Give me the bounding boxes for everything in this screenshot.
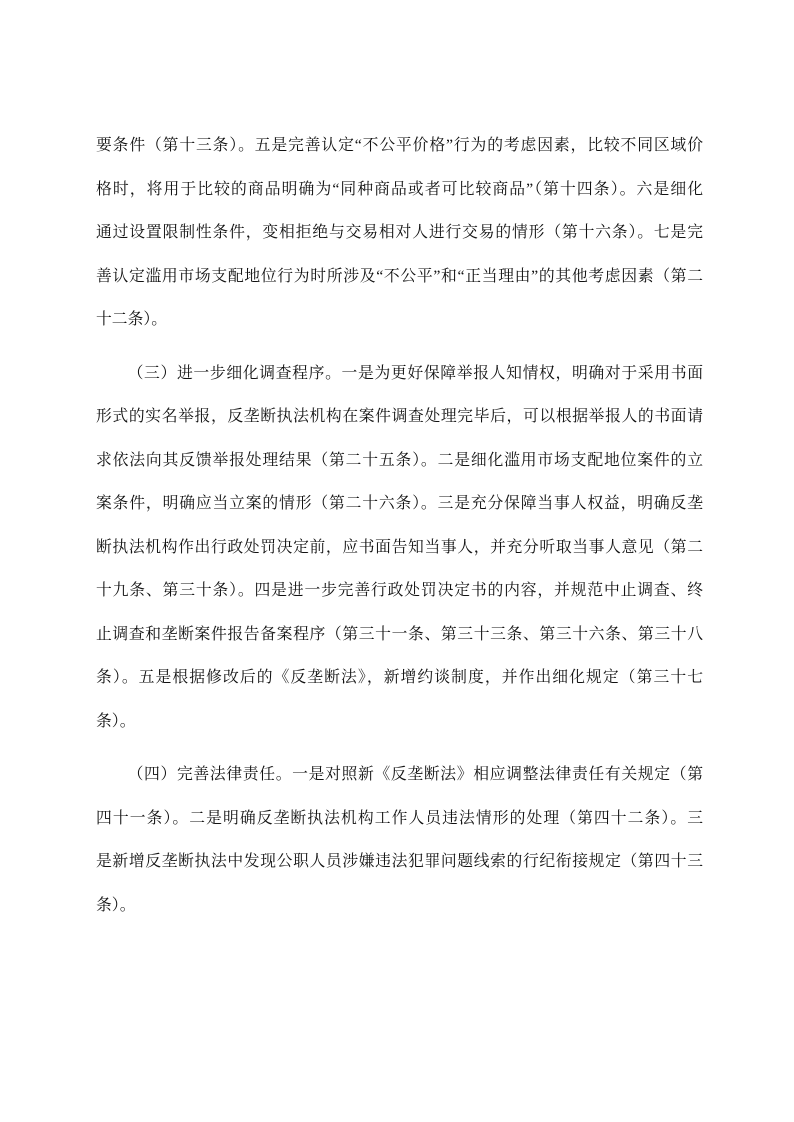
text-line: 形式的实名举报，反垄断执法机构在案件调查处理完毕后，可以根据举报人的书面请 <box>96 395 703 439</box>
text-line: 案条件，明确应当立案的情形（第二十六条）。三是充分保障当事人权益，明确反垄 <box>96 482 703 526</box>
text-line: 条）。 <box>96 884 703 928</box>
document-page: 要条件（第十三条）。五是完善认定“不公平价格”行为的考虑因素，比较不同区域价格时… <box>0 0 794 1122</box>
text-line: 断执法机构作出行政处罚决定前，应书面告知当事人，并充分听取当事人意见（第二 <box>96 526 703 570</box>
text-line: 通过设置限制性条件，变相拒绝与交易相对人进行交易的情形（第十六条）。七是完 <box>96 211 703 255</box>
text-line: 善认定滥用市场支配地位行为时所涉及“不公平”和“正当理由”的其他考虑因素（第二 <box>96 255 703 299</box>
text-line: 止调查和垄断案件报告备案程序（第三十一条、第三十三条、第三十六条、第三十八 <box>96 613 703 657</box>
text-line: 格时，将用于比较的商品明确为“同种商品或者可比较商品”（第十四条）。六是细化 <box>96 168 703 212</box>
text-line: 条）。五是根据修改后的《反垄断法》，新增约谈制度，并作出细化规定（第三十七 <box>96 656 703 700</box>
paragraph: （四）完善法律责任。一是对照新《反垄断法》相应调整法律责任有关规定（第四十一条）… <box>96 753 703 927</box>
text-line: （三）进一步细化调查程序。一是为更好保障举报人知情权，明确对于采用书面 <box>96 352 703 396</box>
text-line: （四）完善法律责任。一是对照新《反垄断法》相应调整法律责任有关规定（第 <box>96 753 703 797</box>
paragraph: 要条件（第十三条）。五是完善认定“不公平价格”行为的考虑因素，比较不同区域价格时… <box>96 124 703 342</box>
text-line: 四十一条）。二是明确反垄断执法机构工作人员违法情形的处理（第四十二条）。三 <box>96 797 703 841</box>
text-line: 求依法向其反馈举报处理结果（第二十五条）。二是细化滥用市场支配地位案件的立 <box>96 439 703 483</box>
paragraph: （三）进一步细化调查程序。一是为更好保障举报人知情权，明确对于采用书面形式的实名… <box>96 352 703 744</box>
document-body: 要条件（第十三条）。五是完善认定“不公平价格”行为的考虑因素，比较不同区域价格时… <box>96 124 703 937</box>
text-line: 条）。 <box>96 700 703 744</box>
text-line: 十九条、第三十条）。四是进一步完善行政处罚决定书的内容，并规范中止调查、终 <box>96 569 703 613</box>
text-line: 要条件（第十三条）。五是完善认定“不公平价格”行为的考虑因素，比较不同区域价 <box>96 124 703 168</box>
text-line: 是新增反垄断执法中发现公职人员涉嫌违法犯罪问题线索的行纪衔接规定（第四十三 <box>96 840 703 884</box>
text-line: 十二条）。 <box>96 298 703 342</box>
